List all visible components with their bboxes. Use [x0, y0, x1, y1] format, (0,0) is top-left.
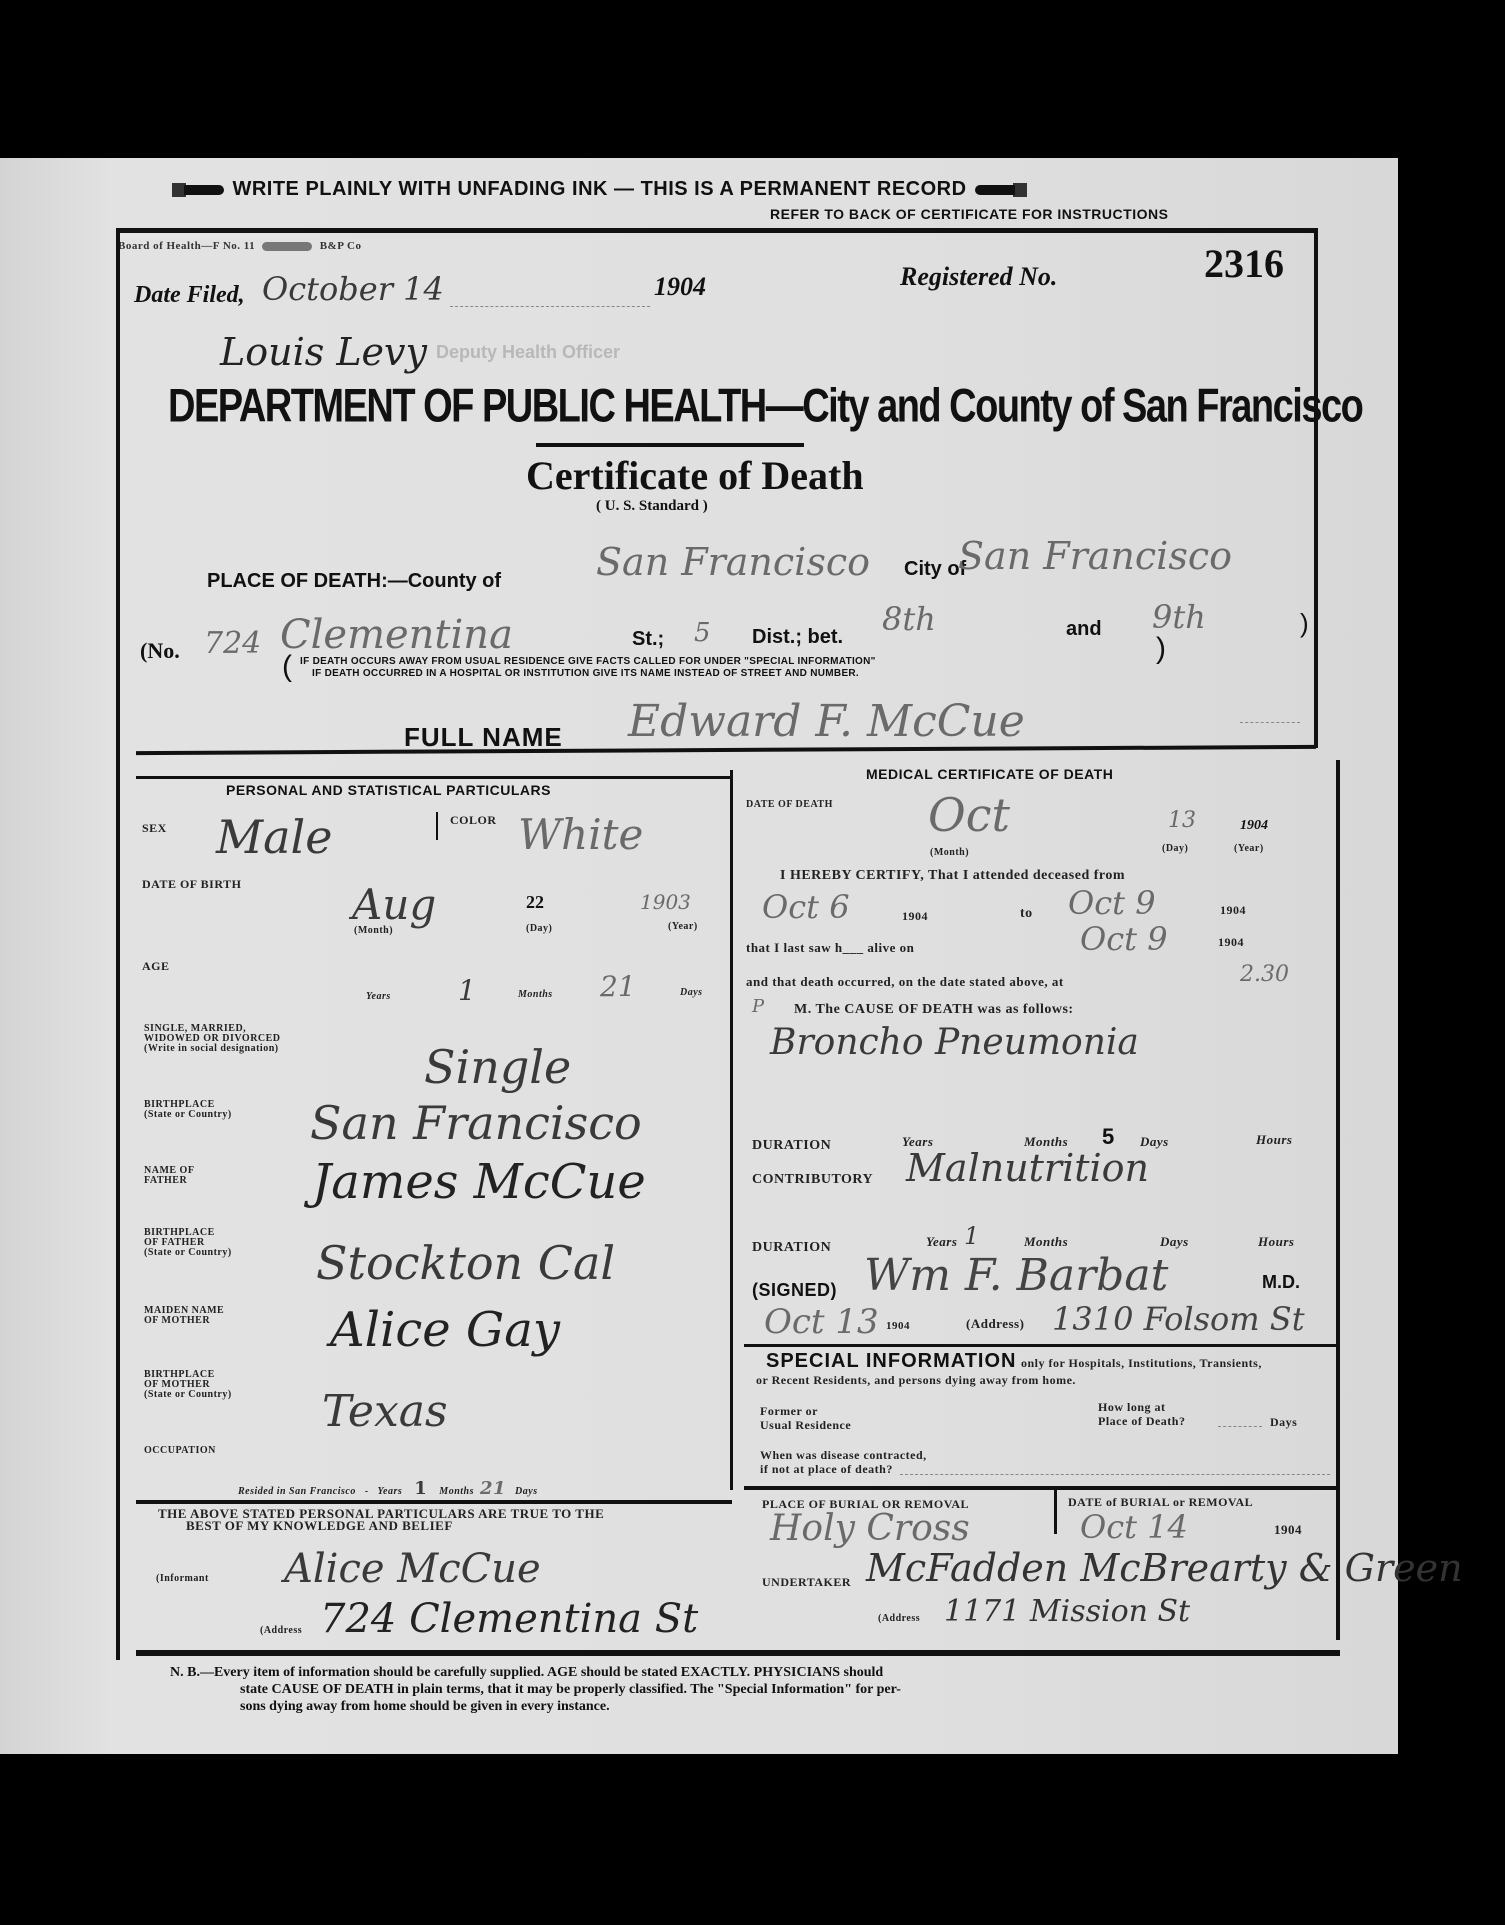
informant-label: (Informant — [156, 1574, 209, 1584]
between-street-1: 8th — [882, 600, 936, 638]
father-birthplace-value: Stockton Cal — [316, 1236, 615, 1290]
to-label: to — [1020, 908, 1033, 920]
how-long-days-label: Days — [1270, 1416, 1297, 1428]
signed-label: (SIGNED) — [752, 1280, 837, 1301]
signed-address-value: 1310 Folsom St — [1052, 1300, 1305, 1338]
resided-days-label: Days — [515, 1486, 538, 1497]
last-saw-value: Oct 9 — [1080, 920, 1168, 958]
resided-label: Resided in San Francisco — [238, 1486, 356, 1497]
how-long-label-line2: Place of Death? — [1098, 1414, 1185, 1428]
burial-top-rule — [744, 1486, 1338, 1490]
age-years: 1 — [458, 974, 476, 1007]
duration-2-days-label: Days — [1160, 1236, 1189, 1248]
last-saw-year: 1904 — [1218, 936, 1244, 948]
city-value: San Francisco — [958, 534, 1232, 578]
dob-day: 22 — [526, 892, 544, 913]
printer-text: B&P Co — [320, 240, 362, 252]
age-years-label: Years — [366, 992, 391, 1002]
resided-days: 21 — [480, 1478, 506, 1499]
father-bp-label-line3: (State or Country) — [144, 1248, 232, 1258]
special-heading-rest: only for Hospitals, Institutions, Transi… — [1021, 1356, 1262, 1370]
footer-note-line1: N. B.—Every item of information should b… — [170, 1664, 901, 1681]
signed-date: Oct 13 — [764, 1302, 879, 1342]
and-label: and — [1066, 618, 1102, 641]
resided-months: 1 — [414, 1478, 427, 1499]
attended-to-year: 1904 — [1220, 904, 1246, 916]
banner: WRITE PLAINLY WITH UNFADING INK — THIS I… — [172, 178, 1027, 201]
dob-month-caption: (Month) — [354, 926, 393, 936]
dod-year: 1904 — [1240, 818, 1268, 834]
how-long-label: How long at Place of Death? — [1098, 1400, 1185, 1428]
left-border — [116, 228, 120, 1660]
resided-row: Resided in San Francisco - Years 1 Month… — [238, 1484, 538, 1497]
dob-year: 1903 — [640, 890, 691, 914]
informant-address-label: (Address — [260, 1626, 302, 1636]
date-filed-value: October 14 — [262, 270, 444, 308]
district-value: 5 — [694, 618, 711, 648]
how-long-label-line1: How long at — [1098, 1400, 1185, 1414]
department-title: DEPARTMENT OF PUBLIC HEALTH—City and Cou… — [168, 380, 1362, 434]
resided-years: - — [365, 1486, 369, 1497]
former-residence-label: Former or Usual Residence — [760, 1404, 851, 1432]
mother-birthplace-label: BIRTHPLACE OF MOTHER (State or Country) — [144, 1370, 232, 1400]
place-note-line1: IF DEATH OCCURS AWAY FROM USUAL RESIDENC… — [300, 656, 876, 668]
duration-2-years-label: Years — [926, 1236, 957, 1248]
marital-label-line3: (Write in social designation) — [144, 1044, 281, 1054]
mother-birthplace-value: Texas — [322, 1386, 448, 1437]
father-label-line2: FATHER — [144, 1176, 194, 1186]
special-top-rule — [744, 1344, 1338, 1347]
birthplace-label: BIRTHPLACE (State or Country) — [144, 1100, 232, 1120]
personal-heading: PERSONAL AND STATISTICAL PARTICULARS — [226, 782, 551, 798]
column-divider — [730, 770, 733, 1490]
duration-2-months-label: Months — [1024, 1236, 1068, 1248]
place-of-death-label: PLACE OF DEATH:—County of — [207, 570, 501, 593]
undertaker-address-value: 1171 Mission St — [944, 1594, 1190, 1629]
mother-label-line2: OF MOTHER — [144, 1316, 224, 1326]
birthplace-label-line2: (State or Country) — [144, 1110, 232, 1120]
form-id: Board of Health—F No. 11 B&P Co — [118, 240, 362, 252]
street-no-label: (No. — [140, 638, 180, 664]
cause-label: M. The CAUSE OF DEATH was as follows: — [794, 1004, 1074, 1016]
md-label: M.D. — [1262, 1272, 1300, 1293]
former-label-line1: Former or — [760, 1404, 851, 1418]
attest-top-rule — [136, 1500, 732, 1504]
attended-from: Oct 6 — [762, 888, 850, 926]
father-birthplace-label: BIRTHPLACE OF FATHER (State or Country) — [144, 1228, 232, 1258]
place-note: IF DEATH OCCURS AWAY FROM USUAL RESIDENC… — [300, 656, 876, 680]
dod-month: Oct — [928, 788, 1010, 842]
former-label-line2: Usual Residence — [760, 1418, 851, 1432]
attest-text: THE ABOVE STATED PERSONAL PARTICULARS AR… — [158, 1508, 604, 1532]
physician-signature: Wm F. Barbat — [864, 1250, 1168, 1301]
death-time-label: and that death occurred, on the date sta… — [746, 976, 1064, 988]
attended-to: Oct 9 — [1068, 884, 1156, 922]
contracted-label: When was disease contracted, if not at p… — [760, 1448, 927, 1476]
county-value: San Francisco — [596, 540, 870, 584]
burial-year: 1904 — [1274, 1524, 1302, 1536]
duration-2-hours-label: Hours — [1258, 1236, 1294, 1248]
burial-date-label: DATE of BURIAL or REMOVAL — [1068, 1496, 1253, 1508]
certificate-subtitle: ( U. S. Standard ) — [596, 498, 708, 515]
color-label: COLOR — [450, 814, 497, 826]
top-rule — [116, 228, 1316, 233]
bottom-rule — [136, 1650, 1340, 1656]
attest-line2: BEST OF MY KNOWLEDGE AND BELIEF — [158, 1520, 604, 1532]
dob-month: Aug — [352, 880, 436, 929]
burial-divider — [1054, 1490, 1057, 1534]
full-name-line — [1240, 722, 1300, 723]
marital-label: SINGLE, MARRIED, WIDOWED OR DIVORCED (Wr… — [144, 1024, 281, 1054]
contributory-label: CONTRIBUTORY — [752, 1174, 873, 1186]
form-id-text: Board of Health—F No. 11 — [118, 240, 255, 252]
informant-address-value: 724 Clementina St — [320, 1596, 698, 1642]
undertaker-value: McFadden McBrearty & Green — [866, 1546, 1463, 1590]
signed-year: 1904 — [886, 1320, 910, 1332]
note-close-paren: ) — [1156, 632, 1166, 666]
how-long-line — [1218, 1426, 1262, 1427]
footer-note-line2: state CAUSE OF DEATH in plain terms, tha… — [170, 1681, 901, 1698]
between-street-2: 9th — [1152, 598, 1206, 636]
footer-note-line3: sons dying away from home should be give… — [170, 1698, 901, 1715]
father-label: NAME OF FATHER — [144, 1166, 194, 1186]
duration-1-label: DURATION — [752, 1140, 831, 1152]
city-label: City of — [904, 558, 966, 581]
street-label: St.; — [632, 628, 664, 651]
street-value: Clementina — [280, 612, 513, 658]
sex-value: Male — [216, 810, 332, 864]
age-months: 21 — [600, 970, 636, 1003]
date-filed-line — [450, 306, 650, 307]
place-note-line2: IF DEATH OCCURRED IN A HOSPITAL OR INSTI… — [300, 668, 876, 680]
medical-heading: MEDICAL CERTIFICATE OF DEATH — [866, 766, 1113, 782]
cause-value: Broncho Pneumonia — [770, 1022, 1139, 1063]
duration-2-label: DURATION — [752, 1242, 831, 1254]
special-heading-line2: or Recent Residents, and persons dying a… — [756, 1374, 1076, 1386]
father-value: James McCue — [312, 1154, 646, 1210]
resided-months-label: Months — [439, 1486, 474, 1497]
officer-title: Deputy Health Officer — [436, 342, 620, 363]
dod-month-caption: (Month) — [930, 848, 969, 858]
right-border-lower — [1336, 760, 1340, 1640]
mother-bp-label-line3: (State or Country) — [144, 1390, 232, 1400]
footer-note: N. B.—Every item of information should b… — [170, 1664, 901, 1715]
dod-day-caption: (Day) — [1162, 844, 1188, 854]
officer-signature: Louis Levy — [220, 330, 427, 374]
burial-date-value: Oct 14 — [1080, 1508, 1188, 1546]
pointing-hand-icon — [971, 181, 1027, 199]
resided-years-label: Years — [378, 1486, 403, 1497]
contributory-value: Malnutrition — [906, 1146, 1149, 1190]
date-filed-label: Date Filed, — [134, 282, 245, 309]
mother-label: MAIDEN NAME OF MOTHER — [144, 1306, 224, 1326]
death-ampm: P — [752, 996, 764, 1017]
informant-value: Alice McCue — [284, 1546, 541, 1592]
age-label: AGE — [142, 960, 170, 972]
printer-seal-icon — [262, 242, 312, 251]
full-name-value: Edward F. McCue — [628, 696, 1025, 747]
district-label: Dist.; bet. — [752, 626, 843, 649]
pointing-hand-icon — [172, 181, 228, 199]
dob-year-caption: (Year) — [668, 922, 698, 932]
dod-day: 13 — [1168, 808, 1196, 833]
color-value: White — [518, 810, 643, 859]
registered-label: Registered No. — [900, 262, 1057, 292]
contracted-line — [900, 1474, 1330, 1475]
dob-label: DATE OF BIRTH — [142, 878, 241, 890]
age-days-label: Days — [680, 988, 703, 998]
sex-label: SEX — [142, 822, 167, 834]
note-open-paren: ( — [282, 650, 292, 684]
dod-label: DATE OF DEATH — [746, 800, 833, 810]
instructions-note: REFER TO BACK OF CERTIFICATE FOR INSTRUC… — [770, 206, 1168, 222]
mother-value: Alice Gay — [330, 1302, 560, 1358]
street-no-value: 724 — [204, 626, 261, 661]
dob-day-caption: (Day) — [526, 924, 552, 934]
special-heading: SPECIAL INFORMATION only for Hospitals, … — [766, 1350, 1262, 1373]
death-time-value: 2.30 — [1240, 962, 1289, 987]
registered-number: 2316 — [1204, 240, 1284, 287]
burial-place-value: Holy Cross — [770, 1508, 970, 1549]
close-paren: ) — [1300, 608, 1309, 639]
contracted-label-line1: When was disease contracted, — [760, 1448, 927, 1462]
dod-year-caption: (Year) — [1234, 844, 1264, 854]
banner-text: WRITE PLAINLY WITH UNFADING INK — THIS I… — [232, 178, 966, 200]
date-filed-year: 1904 — [654, 272, 706, 302]
personal-top-rule — [136, 776, 730, 779]
duration-2-years: 1 — [964, 1222, 979, 1250]
duration-1-hours-label: Hours — [1256, 1134, 1292, 1146]
marital-value: Single — [424, 1040, 571, 1094]
undertaker-address-label: (Address — [878, 1614, 920, 1624]
sex-color-divider — [436, 812, 438, 840]
attended-from-year: 1904 — [902, 910, 928, 922]
age-months-label: Months — [518, 990, 553, 1000]
certificate-title: Certificate of Death — [526, 452, 864, 499]
last-saw-label: that I last saw h___ alive on — [746, 942, 914, 954]
special-heading-title: SPECIAL INFORMATION — [766, 1350, 1016, 1372]
title-divider — [536, 443, 804, 447]
undertaker-label: UNDERTAKER — [762, 1576, 851, 1588]
signed-address-label: (Address) — [966, 1318, 1024, 1330]
right-border-upper — [1314, 228, 1318, 748]
occupation-label: OCCUPATION — [144, 1446, 216, 1456]
birthplace-value: San Francisco — [310, 1096, 642, 1150]
certify-text: I HEREBY CERTIFY, That I attended deceas… — [780, 870, 1125, 882]
